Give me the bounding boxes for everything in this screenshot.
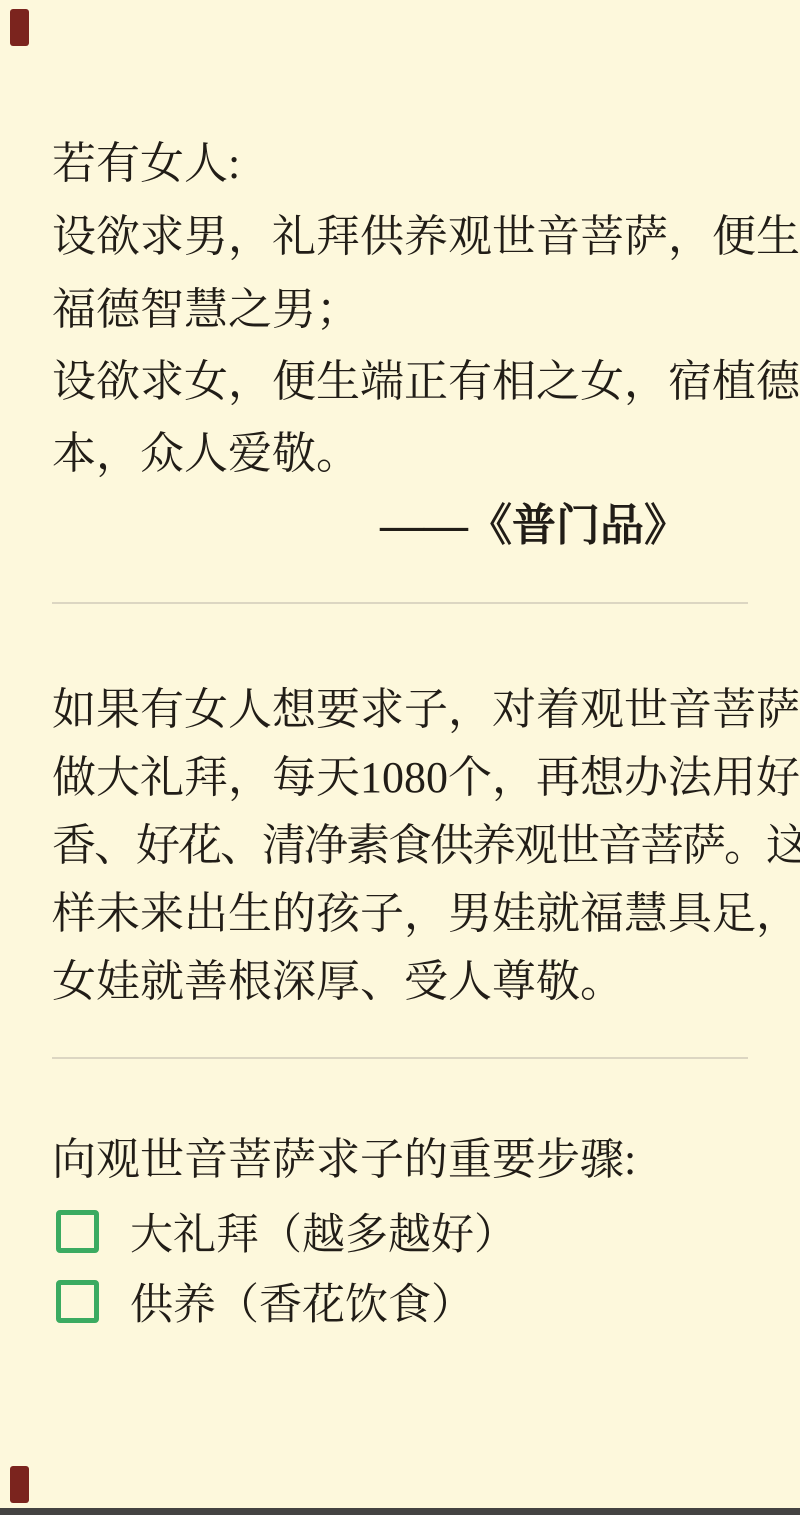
scripture-line: 设欲求女，便生端正有相之女，宿植德 bbox=[52, 358, 752, 406]
scripture-line: 福德智慧之男； bbox=[52, 286, 752, 334]
section-divider bbox=[52, 1057, 748, 1059]
scripture-line: 本，众人爱敬。 bbox=[52, 430, 752, 478]
checklist-item-label: 供养（香花饮食） bbox=[130, 1282, 474, 1329]
checklist-item-label: 大礼拜（越多越好） bbox=[130, 1212, 517, 1259]
commentary-line: 香、好花、清净素食供养观世音菩萨。这 bbox=[52, 822, 752, 870]
scripture-line: 设欲求男，礼拜供养观世音菩萨，便生 bbox=[52, 213, 752, 261]
scripture-attribution: ——《普门品》 bbox=[380, 502, 688, 550]
commentary-line: 如果有女人想要求子，对着观世音菩萨 bbox=[52, 686, 752, 734]
red-corner-mark-bottom bbox=[10, 1466, 29, 1503]
commentary-line: 样未来出生的孩子，男娃就福慧具足， bbox=[52, 890, 752, 938]
commentary-line: 做大礼拜，每天1080个，再想办法用好 bbox=[52, 754, 752, 802]
section-divider bbox=[52, 602, 748, 604]
red-corner-mark-top bbox=[10, 9, 29, 46]
checkbox-unchecked[interactable] bbox=[56, 1280, 99, 1323]
commentary-line: 女娃就善根深厚、受人尊敬。 bbox=[52, 958, 752, 1006]
scripture-line: 若有女人: bbox=[52, 140, 752, 188]
article-page: 若有女人: 设欲求男，礼拜供养观世音菩萨，便生 福德智慧之男； 设欲求女，便生端… bbox=[0, 0, 800, 1515]
checklist-heading: 向观世音菩萨求子的重要步骤: bbox=[52, 1136, 636, 1184]
checkbox-unchecked[interactable] bbox=[56, 1210, 99, 1253]
bottom-edge-bar bbox=[0, 1508, 800, 1515]
